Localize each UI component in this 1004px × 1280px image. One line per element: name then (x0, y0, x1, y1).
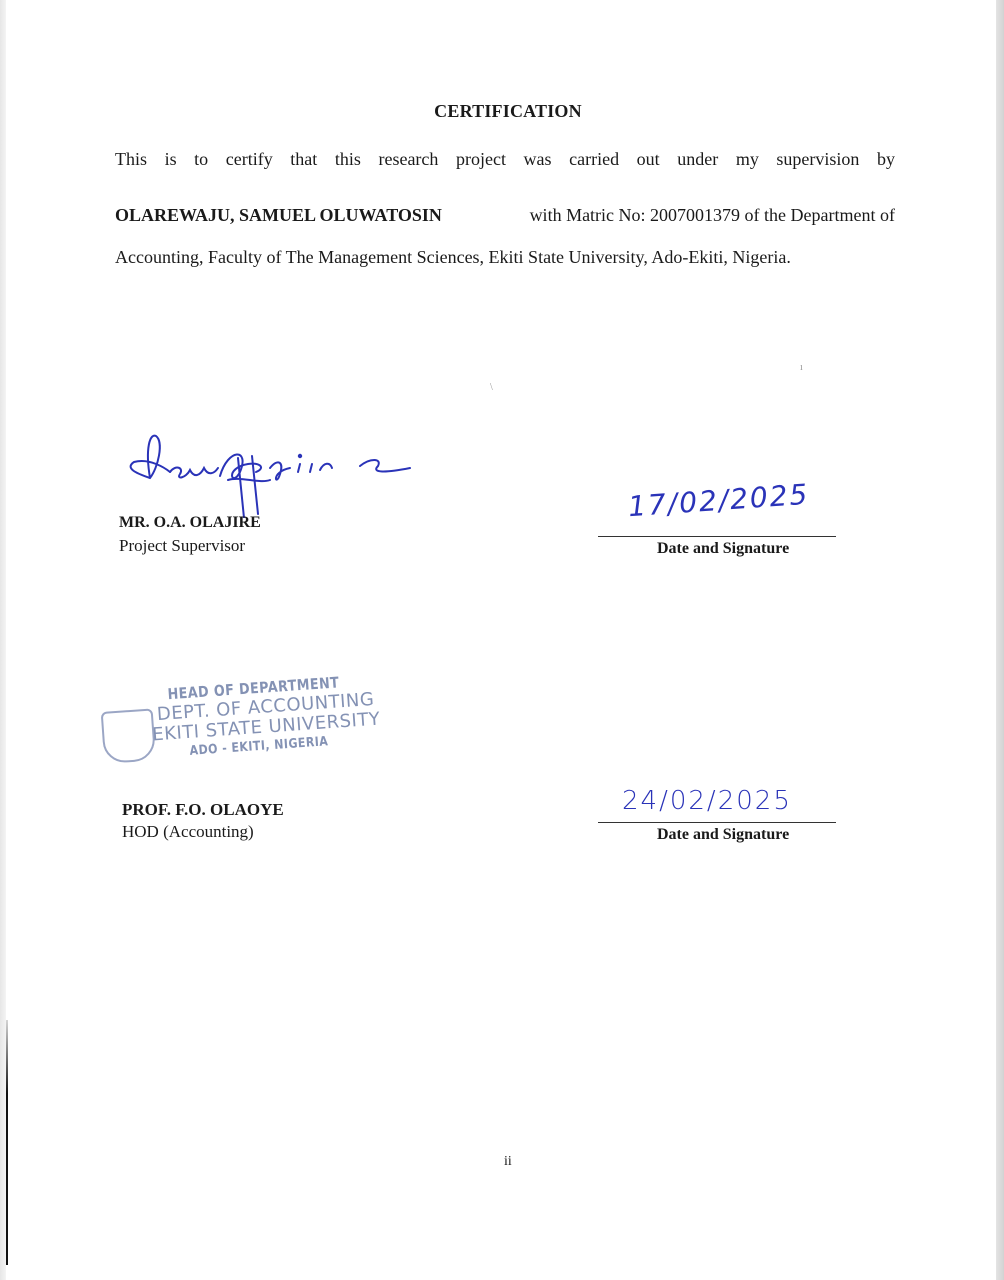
page-number: ii (504, 1154, 512, 1170)
supervisor-handwritten-date: 17/02/2025 (627, 478, 810, 524)
scan-right-edge (996, 0, 1004, 1280)
hod-role: HOD (Accounting) (122, 822, 254, 842)
page-title: CERTIFICATION (0, 101, 1004, 122)
scan-speck: \ (490, 382, 493, 393)
matric-text: with Matric No: 2007001379 of the Depart… (530, 206, 895, 224)
university-crest-icon (101, 708, 157, 764)
scan-border-line (6, 1020, 8, 1265)
hod-name: PROF. F.O. OLAOYE (122, 800, 284, 820)
supervisor-name: MR. O.A. OLAJIRE (119, 514, 261, 532)
certification-line-3: Accounting, Faculty of The Management Sc… (115, 248, 895, 266)
supervisor-signature (120, 428, 420, 518)
hod-date-line (598, 822, 836, 823)
supervisor-role: Project Supervisor (119, 536, 245, 556)
supervisor-date-label: Date and Signature (657, 540, 789, 558)
scan-speck: ı (800, 362, 803, 373)
supervisor-date-line (598, 536, 836, 537)
student-name: OLAREWAJU, SAMUEL OLUWATOSIN (115, 206, 442, 224)
hod-handwritten-date: 24/02/2025 (622, 786, 792, 816)
certification-line-1: This is to certify that this research pr… (115, 150, 895, 168)
department-stamp: HEAD OF DEPARTMENT DEPT. OF ACCOUNTING E… (97, 670, 393, 782)
hod-date-label: Date and Signature (657, 826, 789, 844)
certification-line-2: OLAREWAJU, SAMUEL OLUWATOSIN with Matric… (115, 206, 895, 224)
